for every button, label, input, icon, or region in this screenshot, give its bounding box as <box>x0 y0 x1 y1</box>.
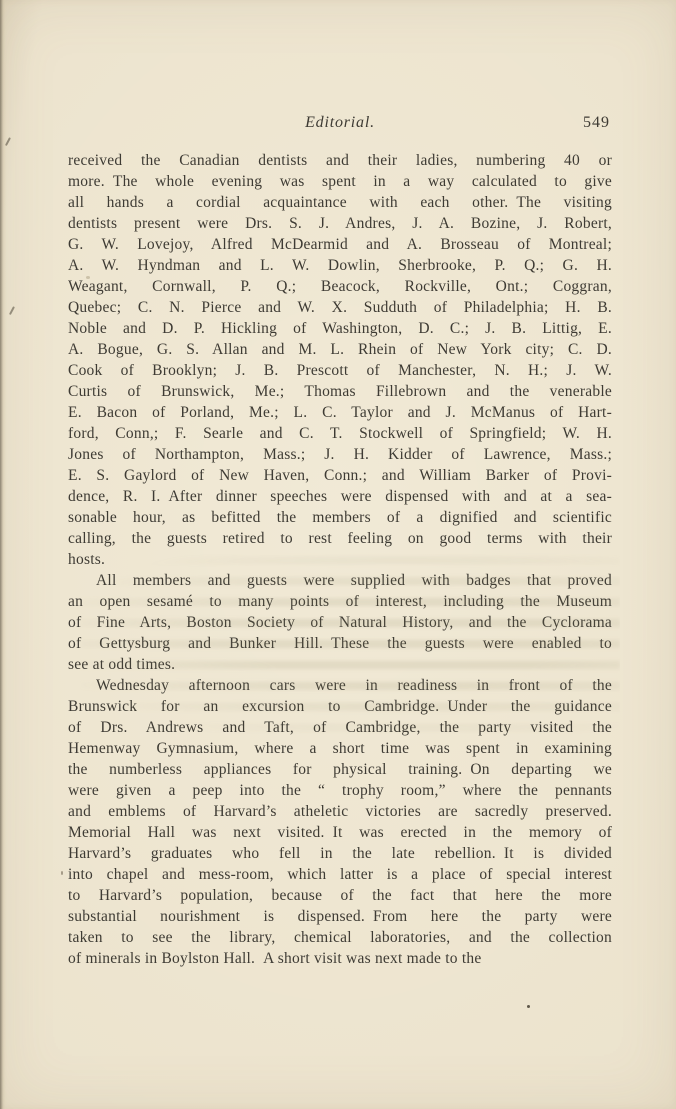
book-page-scan: Editorial. 549 received the Canadian den… <box>0 0 676 1109</box>
text-line: E. Bacon of Porland, Me.; L. C. Taylor a… <box>68 402 612 423</box>
text-line: hosts. <box>68 549 612 570</box>
text-line: Noble and D. P. Hickling of Washington, … <box>68 318 612 339</box>
text-line: to Harvard’s population, because of the … <box>68 885 612 906</box>
text-line: of minerals in Boylston Hall. A short vi… <box>68 948 612 969</box>
page-edge-shadow <box>0 0 7 1109</box>
running-header: Editorial. 549 <box>68 112 612 136</box>
header-title: Editorial. <box>305 112 375 134</box>
text-line: Curtis of Brunswick, Me.; Thomas Fillebr… <box>68 381 612 402</box>
text-line: Memorial Hall was next visited. It was e… <box>68 822 612 843</box>
text-line: Hemenway Gymnasium, where a short time w… <box>68 738 612 759</box>
text-line: of Fine Arts, Boston Society of Natural … <box>68 612 612 633</box>
text-line: of Drs. Andrews and Taft, of Cambridge, … <box>68 717 612 738</box>
text-line: dence, R. I. After dinner speeches were … <box>68 486 612 507</box>
text-line: Harvard’s graduates who fell in the late… <box>68 843 612 864</box>
text-line: into chapel and mess-room, which latter … <box>68 864 612 885</box>
text-line: all hands a cordial acquaintance with ea… <box>68 192 612 213</box>
text-line: the numberless appliances for physical t… <box>68 759 612 780</box>
text-line: G. W. Lovejoy, Alfred McDearmid and A. B… <box>68 234 612 255</box>
text-line: Cook of Brooklyn; J. B. Prescott of Manc… <box>68 360 612 381</box>
text-line: ford, Conn,; F. Searle and C. T. Stockwe… <box>68 423 612 444</box>
text-line: Jones of Northampton, Mass.; J. H. Kidde… <box>68 444 612 465</box>
text-line: substantial nourishment is dispensed. Fr… <box>68 906 612 927</box>
text-line: E. S. Gaylord of New Haven, Conn.; and W… <box>68 465 612 486</box>
text-line: A. W. Hyndman and L. W. Dowlin, Sherbroo… <box>68 255 612 276</box>
text-line: dentists present were Drs. S. J. Andres,… <box>68 213 612 234</box>
text-line: Wednesday afternoon cars were in readine… <box>68 675 612 696</box>
ink-speck <box>527 1005 530 1008</box>
ink-speck <box>61 871 63 875</box>
text-line: see at odd times. <box>68 654 612 675</box>
text-line: Brunswick for an excursion to Cambridge.… <box>68 696 612 717</box>
text-line: calling, the guests retired to rest feel… <box>68 528 612 549</box>
text-line: Quebec; C. N. Pierce and W. X. Sudduth o… <box>68 297 612 318</box>
text-line: All members and guests were supplied wit… <box>68 570 612 591</box>
text-line: taken to see the library, chemical labor… <box>68 927 612 948</box>
text-line: received the Canadian dentists and their… <box>68 150 612 171</box>
text-line: sonable hour, as befitted the members of… <box>68 507 612 528</box>
text-line: were given a peep into the “ trophy room… <box>68 780 612 801</box>
text-line: of Gettysburg and Bunker Hill. These the… <box>68 633 612 654</box>
header-page-number: 549 <box>583 112 610 134</box>
text-line: Weagant, Cornwall, P. Q.; Beacock, Rockv… <box>68 276 612 297</box>
margin-tick-mark <box>9 306 15 315</box>
text-line: an open sesamé to many points of interes… <box>68 591 612 612</box>
page-body: received the Canadian dentists and their… <box>68 150 612 969</box>
text-line: and emblems of Harvard’s atheletic victo… <box>68 801 612 822</box>
text-line: more. The whole evening was spent in a w… <box>68 171 612 192</box>
margin-tick-mark <box>5 137 11 146</box>
text-line: A. Bogue, G. S. Allan and M. L. Rhein of… <box>68 339 612 360</box>
